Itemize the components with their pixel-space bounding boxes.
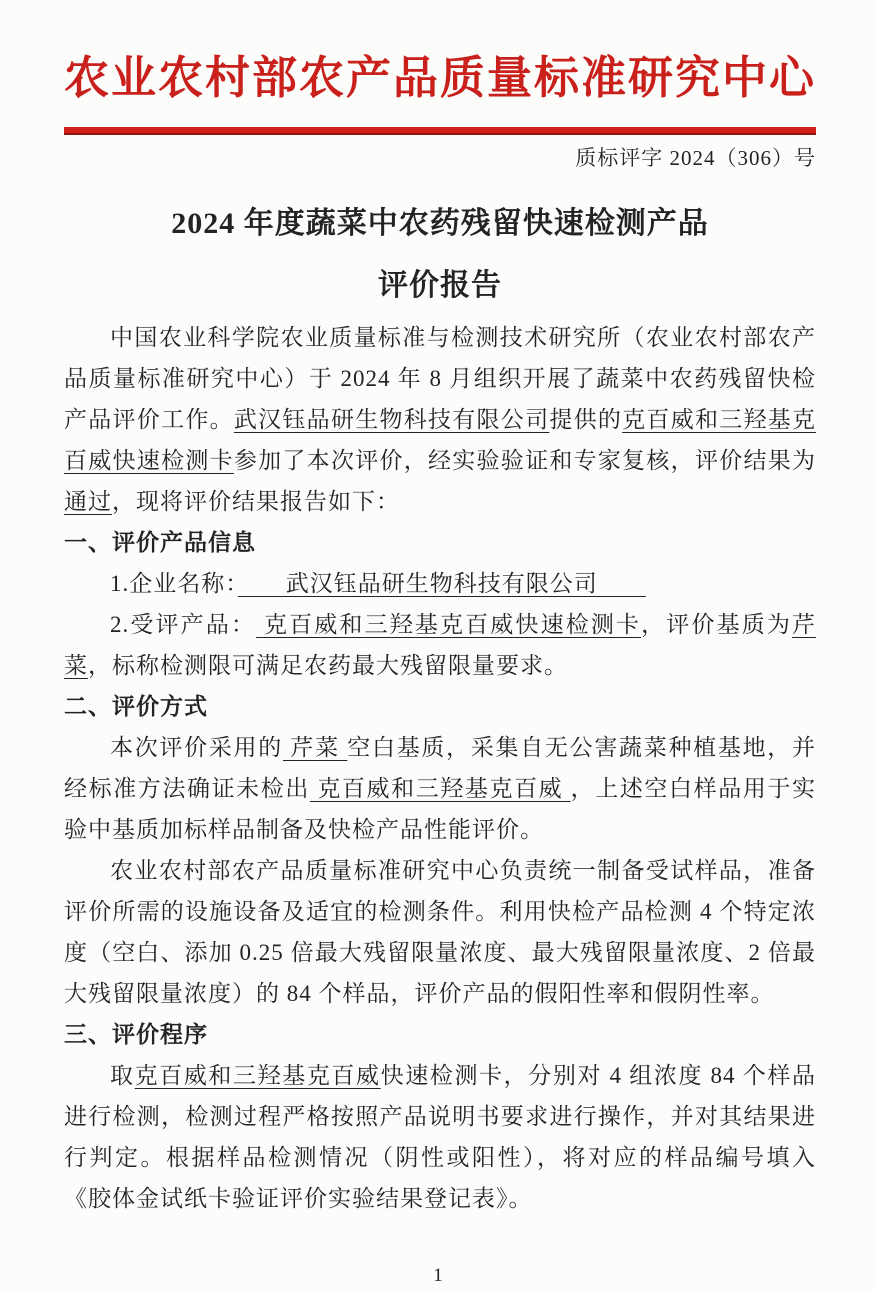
paragraph-sample-preparation: 农业农村部农产品质量标准研究中心负责统一制备受试样品，准备评价所需的设施设备及适… <box>64 850 816 1014</box>
report-title-line1: 2024 年度蔬菜中农药残留快速检测产品 <box>64 193 816 255</box>
header-rule <box>64 127 816 135</box>
page-number: 1 <box>0 1265 876 1287</box>
document-page: 农业农村部农产品质量标准研究中心 质标评字 2024（306）号 2024 年度… <box>0 0 876 1291</box>
report-title: 2024 年度蔬菜中农药残留快速检测产品 评价报告 <box>64 193 816 317</box>
paragraph-blank-matrix: 本次评价采用的 芹菜 空白基质，采集自无公害蔬菜种植基地，并经标准方法确证未检出… <box>64 727 816 850</box>
doc-number: 质标评字 2024（306）号 <box>64 145 816 171</box>
paragraph-intro: 中国农业科学院农业质量标准与检测技术研究所（农业农村部农产品质量标准研究中心）于… <box>64 317 816 522</box>
paragraph-procedure: 取克百威和三羟基克百威快速检测卡，分别对 4 组浓度 84 个样品进行检测，检测… <box>64 1055 816 1219</box>
document-body: 中国农业科学院农业质量标准与检测技术研究所（农业农村部农产品质量标准研究中心）于… <box>64 317 816 1219</box>
item-evaluated-product: 2.受评产品： 克百威和三羟基克百威快速检测卡，评价基质为芹菜，标称检测限可满足… <box>64 604 816 686</box>
org-header-title: 农业农村部农产品质量标准研究中心 <box>64 50 816 106</box>
section-heading-1: 一、评价产品信息 <box>64 522 816 563</box>
report-title-line2: 评价报告 <box>64 255 816 317</box>
item-company-name: 1.企业名称： 武汉钰品研生物科技有限公司 <box>64 563 816 604</box>
section-heading-2: 二、评价方式 <box>64 686 816 727</box>
section-heading-3: 三、评价程序 <box>64 1014 816 1055</box>
